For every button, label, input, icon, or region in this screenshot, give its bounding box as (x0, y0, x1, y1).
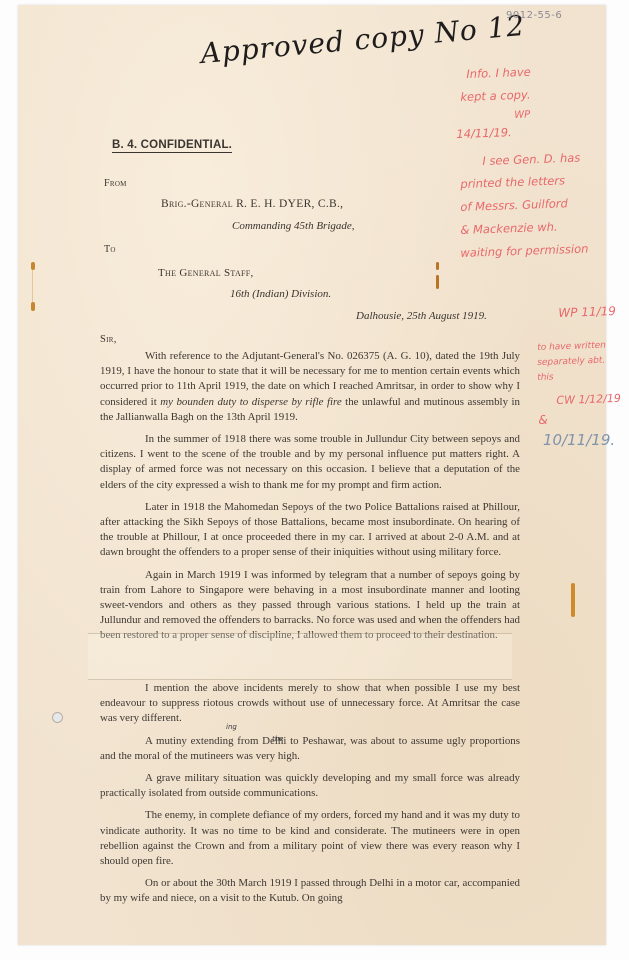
rust-streak (32, 270, 33, 302)
margin-note-initials-date: CW 1/12/19 (556, 387, 621, 412)
to-name: The General Staff, (158, 267, 254, 279)
paragraph: Later in 1918 the Mahomedan Sepoys of th… (100, 500, 520, 561)
from-title: Commanding 45th Brigade, (232, 220, 355, 232)
paragraph: In the summer of 1918 there was some tro… (100, 432, 520, 493)
emphasis-text: my bounden duty to disperse by rifle fir… (160, 396, 341, 408)
paragraph: With reference to the Adjutant-General's… (100, 349, 520, 425)
paragraph: The enemy, in complete defiance of my or… (100, 808, 520, 869)
paragraph: On or about the 30th March 1919 I passed… (100, 876, 520, 906)
from-name: Brig.-General R. E. H. DYER, C.B., (161, 198, 343, 210)
letter-body-upper: With reference to the Adjutant-General's… (100, 349, 520, 651)
to-label: To (104, 244, 116, 255)
margin-note-blue-date: 10/11/19. (543, 431, 615, 449)
margin-notes-red-lower: to have written separately abt. this (537, 341, 617, 386)
rust-stain (436, 275, 439, 289)
reference-number: 9012-55-6 (506, 10, 562, 21)
salutation: Sir, (100, 334, 117, 345)
paragraph: A grave military situation was quickly d… (100, 771, 520, 801)
margin-note: kept a copy. (460, 81, 605, 109)
place-date: Dalhousie, 25th August 1919. (356, 310, 487, 322)
classification-heading: B. 4. CONFIDENTIAL. (112, 139, 232, 153)
rust-stain (31, 302, 35, 311)
margin-note: this (537, 368, 617, 386)
rust-stain (571, 583, 575, 617)
paragraph: A mutiny extending from Delhi to Peshawa… (100, 734, 520, 764)
margin-notes-red: Info. I have kept a copy. WP 14/11/19. I… (454, 63, 604, 265)
handwritten-correction-ing: ing (226, 723, 237, 731)
punch-hole (52, 712, 63, 723)
margin-note-initials-date: WP 11/19 (558, 300, 616, 325)
paragraph: I mention the above incidents merely to … (100, 681, 520, 727)
pasted-blank-strip (88, 633, 512, 680)
handwritten-correction-the: the (272, 735, 284, 743)
margin-note-ampersand: & (538, 409, 548, 432)
rust-stain (31, 262, 35, 270)
handwritten-approved-copy: Approved copy No 12 (199, 9, 526, 70)
rust-stain (436, 262, 439, 270)
document-page: Approved copy No 12 9012-55-6 Info. I ha… (18, 5, 606, 945)
margin-note-date: 14/11/19. (456, 118, 605, 146)
letter-body-lower: I mention the above incidents merely to … (100, 681, 520, 914)
from-label: From (104, 178, 127, 189)
margin-note: waiting for permission (460, 237, 605, 265)
to-division: 16th (Indian) Division. (230, 288, 331, 300)
